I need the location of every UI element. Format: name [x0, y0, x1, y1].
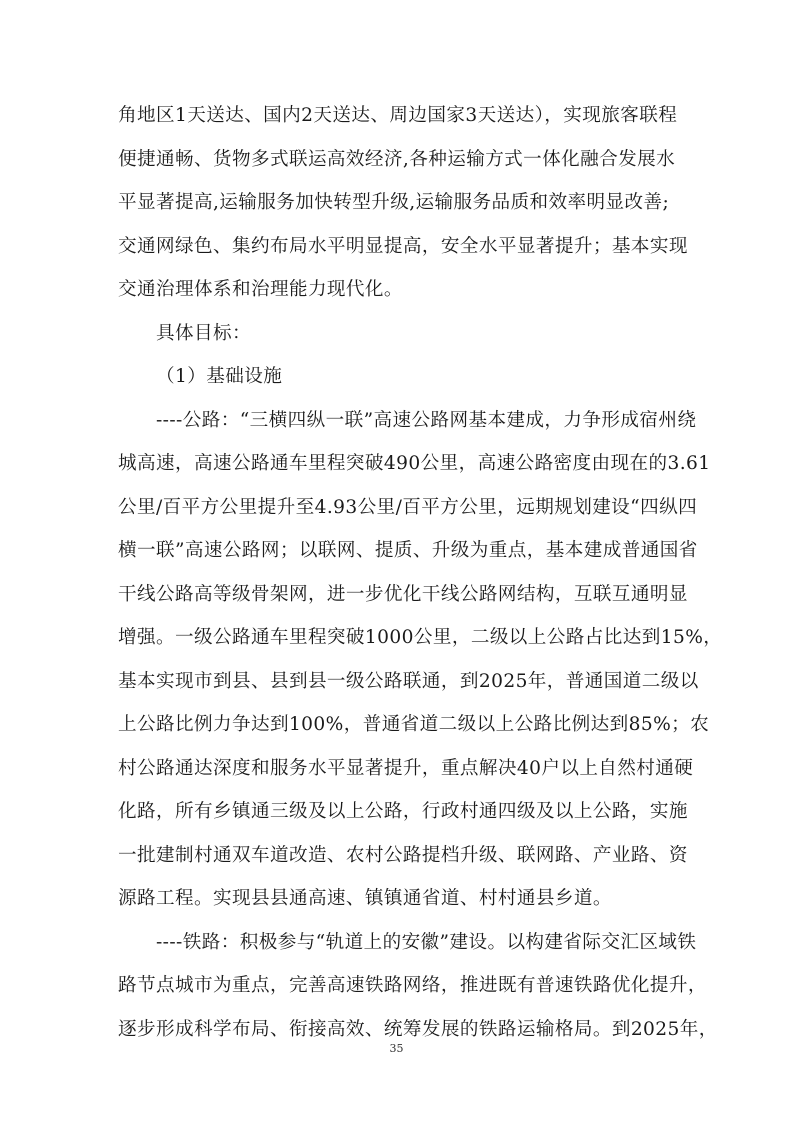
paragraph-line: 路节点城市为重点，完善高速铁路网络，推进既有普速铁路优化提升，	[118, 974, 674, 998]
paragraph-line: 上公路比例力争达到100%，普通省道二级以上公路比例达到85%；农	[118, 713, 674, 737]
paragraph-line: 交通网绿色、集约布局水平明显提高，安全水平显著提升；基本实现	[118, 235, 674, 259]
paragraph-line: 基本实现市到县、县到县一级公路联通，到2025年，普通国道二级以	[118, 670, 674, 694]
paragraph-line: 横一联”高速公路网；以联网、提质、升级为重点，基本建成普通国省	[118, 539, 674, 563]
paragraph-line: 干线公路高等级骨架网，进一步优化干线公路网结构，互联互通明显	[118, 583, 674, 607]
paragraph-line: 公里/百平方公里提升至4.93公里/百平方公里，远期规划建设“四纵四	[118, 496, 674, 520]
subsection-heading-infrastructure: （1）基础设施	[156, 365, 712, 389]
paragraph-line: 便捷通畅、货物多式联运高效经济,各种运输方式一体化融合发展水	[118, 148, 674, 172]
section-heading-specific-goals: 具体目标：	[156, 322, 712, 346]
paragraph-line-railway-start: ----铁路：积极参与“轨道上的安徽”建设。以构建省际交汇区域铁	[156, 931, 712, 955]
paragraph-line: 逐步形成科学布局、衔接高效、统筹发展的铁路运输格局。到2025年，	[118, 1018, 674, 1042]
document-page: 角地区1天送达、国内2天送达、周边国家3天送达），实现旅客联程 便捷通畅、货物多…	[0, 0, 793, 1122]
paragraph-line: 平显著提高,运输服务加快转型升级,运输服务品质和效率明显改善;	[118, 191, 674, 215]
paragraph-line: 源路工程。实现县县通高速、镇镇通省道、村村通县乡道。	[118, 887, 674, 911]
paragraph-line: 化路，所有乡镇通三级及以上公路，行政村通四级及以上公路，实施	[118, 800, 674, 824]
paragraph-line: 交通治理体系和治理能力现代化。	[118, 278, 674, 302]
paragraph-line: 增强。一级公路通车里程突破1000公里，二级以上公路占比达到15%，	[118, 626, 674, 650]
paragraph-line: 村公路通达深度和服务水平显著提升，重点解决40户以上自然村通硬	[118, 757, 674, 781]
paragraph-line-highway-start: ----公路：“三横四纵一联”高速公路网基本建成，力争形成宿州绕	[156, 409, 712, 433]
paragraph-line: 角地区1天送达、国内2天送达、周边国家3天送达），实现旅客联程	[118, 104, 674, 128]
paragraph-line: 一批建制村通双车道改造、农村公路提档升级、联网路、产业路、资	[118, 844, 674, 868]
paragraph-line: 城高速，高速公路通车里程突破490公里，高速公路密度由现在的3.61	[118, 452, 674, 476]
page-number: 35	[0, 1042, 793, 1055]
